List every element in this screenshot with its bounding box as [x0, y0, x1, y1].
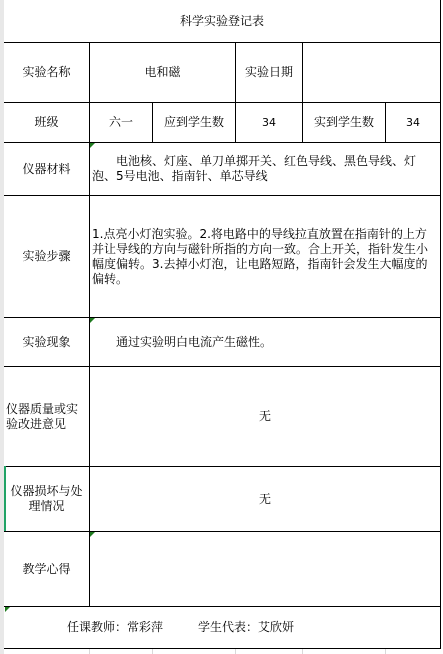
damage-label: 仪器损坏与处理情况: [8, 484, 85, 514]
materials-value-cell[interactable]: 电池核、灯座、单刀单掷开关、红色导线、黑色导线、灯泡、5号电池、指南针、单芯导线: [89, 142, 440, 195]
reflection-label-cell[interactable]: 教学心得: [4, 531, 89, 606]
experiment-date-value-cell[interactable]: [302, 42, 440, 102]
damage-value: 无: [259, 492, 271, 507]
reflection-value-cell[interactable]: [89, 531, 440, 606]
actual-students-label-cell[interactable]: 实到学生数: [302, 102, 385, 142]
materials-value: 电池核、灯座、单刀单掷开关、红色导线、黑色导线、灯泡、5号电池、指南针、单芯导线: [92, 154, 436, 184]
class-label: 班级: [34, 115, 58, 130]
actual-students-value: 34: [406, 115, 420, 130]
class-value-cell[interactable]: 六一: [89, 102, 152, 142]
phenomenon-label: 实验现象: [22, 335, 70, 350]
reflection-label: 教学心得: [22, 562, 70, 577]
steps-label: 实验步骤: [22, 249, 70, 264]
damage-value-cell[interactable]: 无: [89, 466, 440, 531]
steps-label-cell[interactable]: 实验步骤: [4, 195, 89, 317]
materials-label: 仪器材料: [22, 162, 70, 177]
suggestions-label: 仪器质量或实验改进意见: [6, 402, 87, 432]
comment-indicator: [90, 318, 95, 323]
phenomenon-value-cell[interactable]: 通过实验明白电流产生磁性。: [89, 317, 440, 366]
steps-value: 1.点亮小灯泡实验。2.将电路中的导线拉直放置在指南针的上方并让导线的方向与磁针…: [92, 227, 436, 287]
signature-row[interactable]: 任课教师：常彩萍 学生代表：艾欣妍: [4, 606, 440, 648]
damage-label-cell[interactable]: 仪器损坏与处理情况: [4, 466, 89, 531]
experiment-name-label: 实验名称: [22, 65, 70, 80]
suggestions-value-cell[interactable]: 无: [89, 366, 440, 466]
actual-students-value-cell[interactable]: 34: [385, 102, 440, 142]
comment-indicator: [5, 607, 10, 612]
title-text: 科学实验登记表: [180, 14, 264, 29]
experiment-name-label-cell[interactable]: 实验名称: [4, 42, 89, 102]
class-label-cell[interactable]: 班级: [4, 102, 89, 142]
teacher-signature: 任课教师：常彩萍: [67, 620, 163, 635]
gridline: [385, 649, 386, 654]
comment-indicator: [90, 532, 95, 537]
experiment-date-label: 实验日期: [245, 65, 293, 80]
table-title[interactable]: 科学实验登记表: [4, 0, 440, 42]
expected-students-label-cell[interactable]: 应到学生数: [152, 102, 235, 142]
table-bottom-border: [4, 648, 441, 649]
materials-label-cell[interactable]: 仪器材料: [4, 142, 89, 195]
phenomenon-label-cell[interactable]: 实验现象: [4, 317, 89, 366]
phenomenon-value: 通过实验明白电流产生磁性。: [116, 335, 272, 350]
steps-value-cell[interactable]: 1.点亮小灯泡实验。2.将电路中的导线拉直放置在指南针的上方并让导线的方向与磁针…: [89, 195, 440, 317]
table-right-border: [440, 0, 441, 648]
suggestions-value: 无: [259, 409, 271, 424]
expected-students-label: 应到学生数: [164, 115, 224, 130]
comment-indicator: [90, 143, 95, 148]
experiment-date-label-cell[interactable]: 实验日期: [235, 42, 302, 102]
expected-students-value: 34: [262, 115, 276, 130]
row-selection-indicator: [4, 466, 6, 531]
experiment-name-value: 电和磁: [144, 65, 180, 80]
experiment-name-value-cell[interactable]: 电和磁: [89, 42, 235, 102]
expected-students-value-cell[interactable]: 34: [235, 102, 302, 142]
class-value: 六一: [109, 115, 133, 130]
gridline: [235, 649, 236, 654]
student-representative: 学生代表：艾欣妍: [198, 620, 294, 635]
gridline: [152, 649, 153, 654]
gridline: [89, 649, 90, 654]
gridline: [302, 649, 303, 654]
suggestions-label-cell[interactable]: 仪器质量或实验改进意见: [4, 366, 89, 466]
actual-students-label: 实到学生数: [314, 115, 374, 130]
